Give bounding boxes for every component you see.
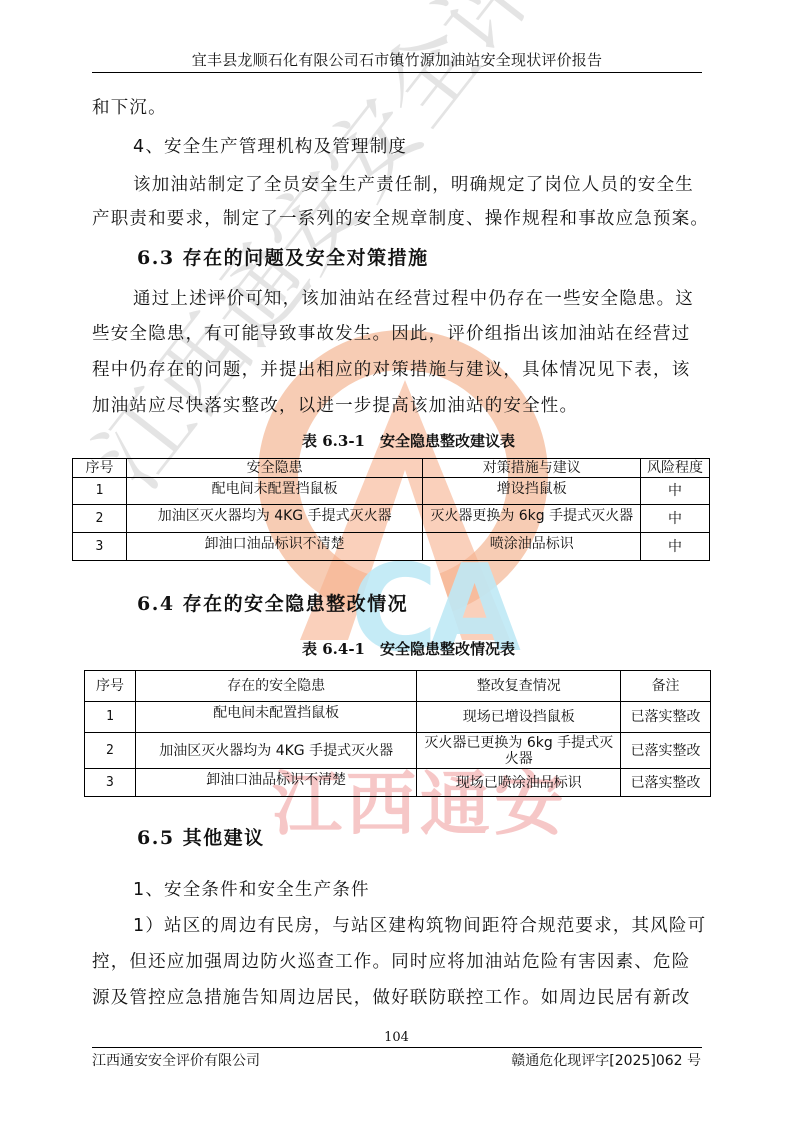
cell-review: 现场已喷涂油品标识 <box>417 769 621 797</box>
section-6-5-para-line-2: 控，但还应加强周边防火巡查工作。同时应将加油站危险有害因素、危险 <box>92 948 690 973</box>
cell-index: 2 <box>85 733 136 769</box>
table-6-4-1-caption: 表 6.4-1 安全隐患整改情况表 <box>302 638 515 659</box>
header-cell-index: 序号 <box>73 459 127 478</box>
table-row: 1 配电间未配置挡鼠板 现场已增设挡鼠板 已落实整改 <box>85 702 711 733</box>
cell-measures: 喷涂油品标识 <box>423 533 641 561</box>
cell-hazard: 加油区灭火器均为 4KG 手提式灭火器 <box>135 733 417 769</box>
footer-divider <box>92 1047 702 1048</box>
cell-index: 1 <box>85 702 136 733</box>
cell-review: 灭火器已更换为 6kg 手提式灭火器 <box>417 733 621 769</box>
item4-paragraph-line-2: 产职责和要求，制定了一系列的安全规章制度、操作规程和事故应急预案。 <box>92 205 709 230</box>
table-row: 3 卸油口油品标识不清楚 现场已喷涂油品标识 已落实整改 <box>85 769 711 797</box>
table-row: 1 配电间未配置挡鼠板 增设挡鼠板 中 <box>73 478 710 505</box>
header-cell-risk: 风险程度 <box>641 459 710 478</box>
cell-hazard: 卸油口油品标识不清楚 <box>126 533 423 561</box>
cell-remark: 已落实整改 <box>621 702 711 733</box>
cell-risk: 中 <box>641 478 710 505</box>
header-cell-review: 整改复查情况 <box>417 671 621 702</box>
cell-index: 1 <box>73 478 127 505</box>
cell-risk: 中 <box>641 505 710 533</box>
cell-measures: 灭火器更换为 6kg 手提式灭火器 <box>423 505 641 533</box>
page-header-title: 宜丰县龙顺石化有限公司石市镇竹源加油站安全现状评价报告 <box>92 49 702 70</box>
footer-doc-number: 赣通危化现评字[2025]062 号 <box>511 1050 701 1070</box>
cell-remark: 已落实整改 <box>621 769 711 797</box>
cell-hazard: 配电间未配置挡鼠板 <box>135 702 417 733</box>
cell-hazard: 配电间未配置挡鼠板 <box>126 478 423 505</box>
header-cell-remark: 备注 <box>621 671 711 702</box>
cell-hazard: 加油区灭火器均为 4KG 手提式灭火器 <box>126 505 423 533</box>
table-6-3-1-caption: 表 6.3-1 安全隐患整改建议表 <box>302 430 515 451</box>
page-number: 104 <box>0 1030 793 1045</box>
cell-review: 现场已增设挡鼠板 <box>417 702 621 733</box>
cell-hazard: 卸油口油品标识不清楚 <box>135 769 417 797</box>
table-row: 2 加油区灭火器均为 4KG 手提式灭火器 灭火器更换为 6kg 手提式灭火器 … <box>73 505 710 533</box>
header-cell-hazard: 存在的安全隐患 <box>135 671 417 702</box>
header-cell-index: 序号 <box>85 671 136 702</box>
table-row: 3 卸油口油品标识不清楚 喷涂油品标识 中 <box>73 533 710 561</box>
section-6-5-heading: 6.5 其他建议 <box>137 823 265 850</box>
section-6-5-item1-title: 1、安全条件和安全生产条件 <box>133 876 370 901</box>
section-6-4-heading: 6.4 存在的安全隐患整改情况 <box>137 589 408 616</box>
table-6-3-1: 序号 安全隐患 对策措施与建议 风险程度 1 配电间未配置挡鼠板 增设挡鼠板 中… <box>72 458 710 561</box>
table-header-row: 序号 存在的安全隐患 整改复查情况 备注 <box>85 671 711 702</box>
cell-remark: 已落实整改 <box>621 733 711 769</box>
cell-index: 2 <box>73 505 127 533</box>
header-cell-hazard: 安全隐患 <box>126 459 423 478</box>
section-6-3-para-line-4: 加油站应尽快落实整改，以进一步提高该加油站的安全性。 <box>92 392 578 417</box>
cell-index: 3 <box>85 769 136 797</box>
table-row: 2 加油区灭火器均为 4KG 手提式灭火器 灭火器已更换为 6kg 手提式灭火器… <box>85 733 711 769</box>
header-cell-measures: 对策措施与建议 <box>423 459 641 478</box>
section-6-3-para-line-2: 些安全隐患，有可能导致事故发生。因此，评价组指出该加油站在经营过 <box>92 320 690 345</box>
table-header-row: 序号 安全隐患 对策措施与建议 风险程度 <box>73 459 710 478</box>
section-6-5-para-line-3: 源及管控应急措施告知周边居民，做好联防联控工作。如周边民居有新改 <box>92 984 690 1009</box>
document-page: CA 江西通安安全评价有限公司 江西通安 宜丰县龙顺石化有限公司石市镇竹源加油站… <box>0 0 793 1122</box>
section-6-5-para-line-1: 1）站区的周边有民房，与站区建构筑物间距符合规范要求，其风险可 <box>133 912 706 937</box>
item4-title: 4、安全生产管理机构及管理制度 <box>133 133 407 158</box>
footer-company: 江西通安安全评价有限公司 <box>92 1050 260 1070</box>
section-6-3-heading: 6.3 存在的问题及安全对策措施 <box>137 243 429 270</box>
section-6-3-para-line-3: 程中仍存在的问题，并提出相应的对策措施与建议，具体情况见下表，该 <box>92 356 690 381</box>
cell-index: 3 <box>73 533 127 561</box>
cell-risk: 中 <box>641 533 710 561</box>
paragraph-continued: 和下沉。 <box>92 94 167 119</box>
cell-measures: 增设挡鼠板 <box>423 478 641 505</box>
header-divider <box>92 72 702 73</box>
table-6-4-1: 序号 存在的安全隐患 整改复查情况 备注 1 配电间未配置挡鼠板 现场已增设挡鼠… <box>84 670 711 797</box>
item4-paragraph-line-1: 该加油站制定了全员安全生产责任制，明确规定了岗位人员的安全生 <box>133 171 694 196</box>
section-6-3-para-line-1: 通过上述评价可知，该加油站在经营过程中仍存在一些安全隐患。这 <box>133 285 694 310</box>
